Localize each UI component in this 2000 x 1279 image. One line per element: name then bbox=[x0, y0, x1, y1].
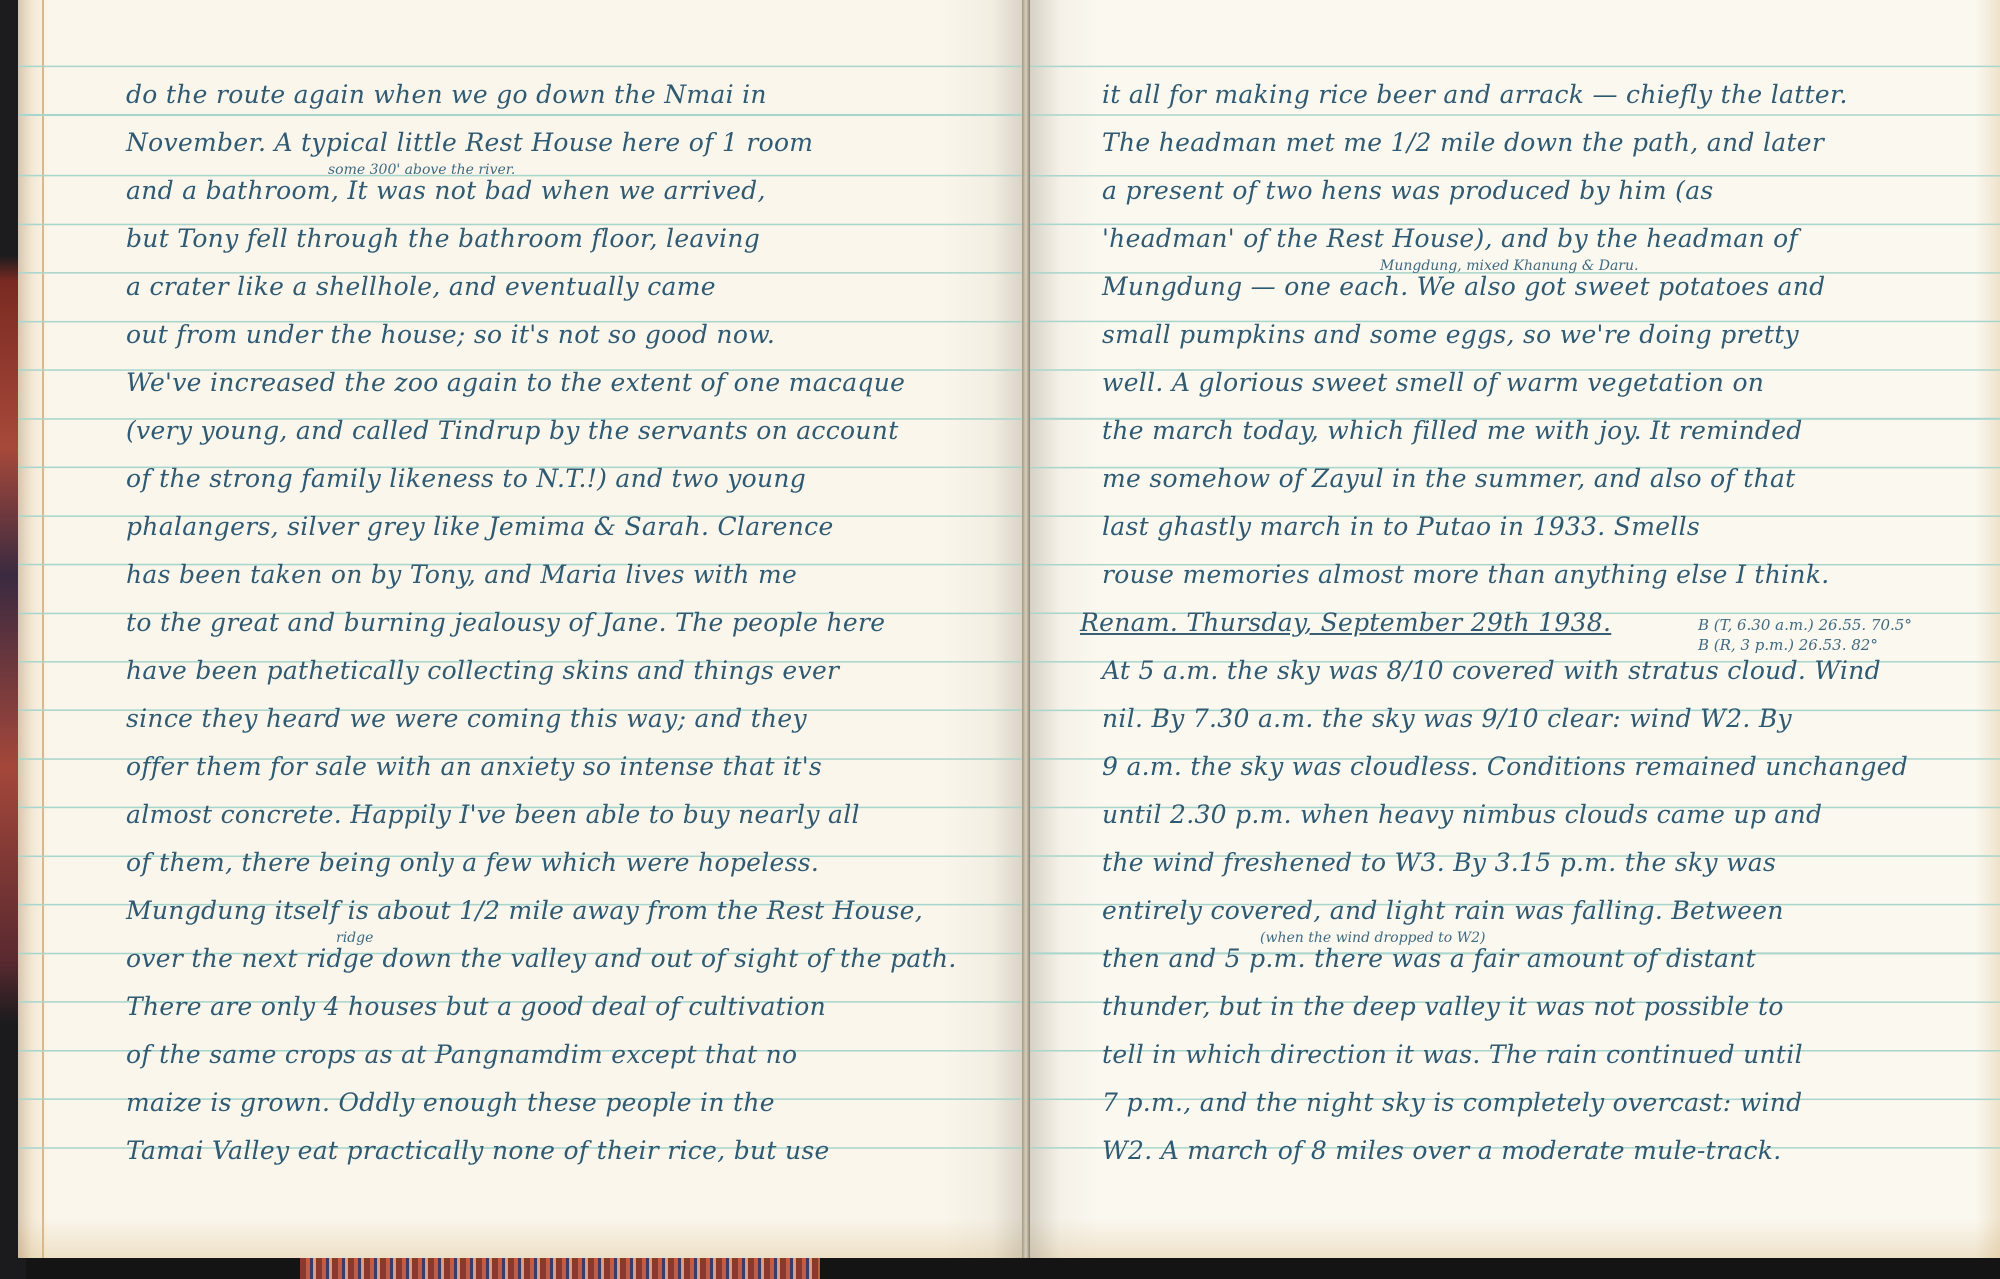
text-line: 9 a.m. the sky was cloudless. Conditions… bbox=[1030, 752, 2000, 800]
right-page: it all for making rice beer and arrack —… bbox=[1030, 0, 2000, 1258]
text-line: a crater like a shellhole, and eventuall… bbox=[18, 272, 1022, 320]
barometer-reading: B (R, 3 p.m.) 26.53. 82° bbox=[1698, 636, 1878, 654]
text-line: entirely covered, and light rain was fal… bbox=[1030, 896, 2000, 944]
text-line: since they heard we were coming this way… bbox=[18, 704, 1022, 752]
text-line: but Tony fell through the bathroom floor… bbox=[18, 224, 1022, 272]
text-line: (very young, and called Tindrup by the s… bbox=[18, 416, 1022, 464]
diary-spread: do the route again when we go down the N… bbox=[18, 0, 2000, 1258]
text-line: Tamai Valley eat practically none of the… bbox=[18, 1136, 1022, 1184]
text-line: The headman met me 1/2 mile down the pat… bbox=[1030, 128, 2000, 176]
text-line: We've increased the zoo again to the ext… bbox=[18, 368, 1022, 416]
text-line: November. A typical little Rest House he… bbox=[18, 128, 1022, 176]
text-line: There are only 4 houses but a good deal … bbox=[18, 992, 1022, 1040]
marbled-page-edge bbox=[300, 1258, 820, 1279]
text-line: nil. By 7.30 a.m. the sky was 9/10 clear… bbox=[1030, 704, 2000, 752]
text-line: me somehow of Zayul in the summer, and a… bbox=[1030, 464, 2000, 512]
text-line: At 5 a.m. the sky was 8/10 covered with … bbox=[1030, 656, 2000, 704]
text-line: the march today, which filled me with jo… bbox=[1030, 416, 2000, 464]
text-line: of the same crops as at Pangnamdim excep… bbox=[18, 1040, 1022, 1088]
text-line: last ghastly march in to Putao in 1933. … bbox=[1030, 512, 2000, 560]
text-line: it all for making rice beer and arrack —… bbox=[1030, 80, 2000, 128]
text-line: well. A glorious sweet smell of warm veg… bbox=[1030, 368, 2000, 416]
text-line: over the next ridge down the valley and … bbox=[18, 944, 1022, 992]
text-line: then and 5 p.m. there was a fair amount … bbox=[1030, 944, 2000, 992]
text-line: do the route again when we go down the N… bbox=[18, 80, 1022, 128]
text-line: thunder, but in the deep valley it was n… bbox=[1030, 992, 2000, 1040]
text-line: a present of two hens was produced by hi… bbox=[1030, 176, 2000, 224]
text-line: small pumpkins and some eggs, so we're d… bbox=[1030, 320, 2000, 368]
text-line: has been taken on by Tony, and Maria liv… bbox=[18, 560, 1022, 608]
text-line: rouse memories almost more than anything… bbox=[1030, 560, 2000, 608]
text-line: almost concrete. Happily I've been able … bbox=[18, 800, 1022, 848]
text-line: the wind freshened to W3. By 3.15 p.m. t… bbox=[1030, 848, 2000, 896]
text-line: Mungdung — one each. We also got sweet p… bbox=[1030, 272, 2000, 320]
text-line: until 2.30 p.m. when heavy nimbus clouds… bbox=[1030, 800, 2000, 848]
text-line: have been pathetically collecting skins … bbox=[18, 656, 1022, 704]
text-line: tell in which direction it was. The rain… bbox=[1030, 1040, 2000, 1088]
text-line: phalangers, silver grey like Jemima & Sa… bbox=[18, 512, 1022, 560]
left-page: do the route again when we go down the N… bbox=[18, 0, 1022, 1258]
text-line: of them, there being only a few which we… bbox=[18, 848, 1022, 896]
text-line: Mungdung itself is about 1/2 mile away f… bbox=[18, 896, 1022, 944]
text-line: 7 p.m., and the night sky is completely … bbox=[1030, 1088, 2000, 1136]
text-line: maize is grown. Oddly enough these peopl… bbox=[18, 1088, 1022, 1136]
book-gutter bbox=[1022, 0, 1030, 1258]
text-line: offer them for sale with an anxiety so i… bbox=[18, 752, 1022, 800]
barometer-reading: B (T, 6.30 a.m.) 26.55. 70.5° bbox=[1698, 616, 1912, 634]
text-line: and a bathroom, It was not bad when we a… bbox=[18, 176, 1022, 224]
text-line: W2. A march of 8 miles over a moderate m… bbox=[1030, 1136, 2000, 1184]
text-line: of the strong family likeness to N.T.!) … bbox=[18, 464, 1022, 512]
text-line: out from under the house; so it's not so… bbox=[18, 320, 1022, 368]
text-line: to the great and burning jealousy of Jan… bbox=[18, 608, 1022, 656]
